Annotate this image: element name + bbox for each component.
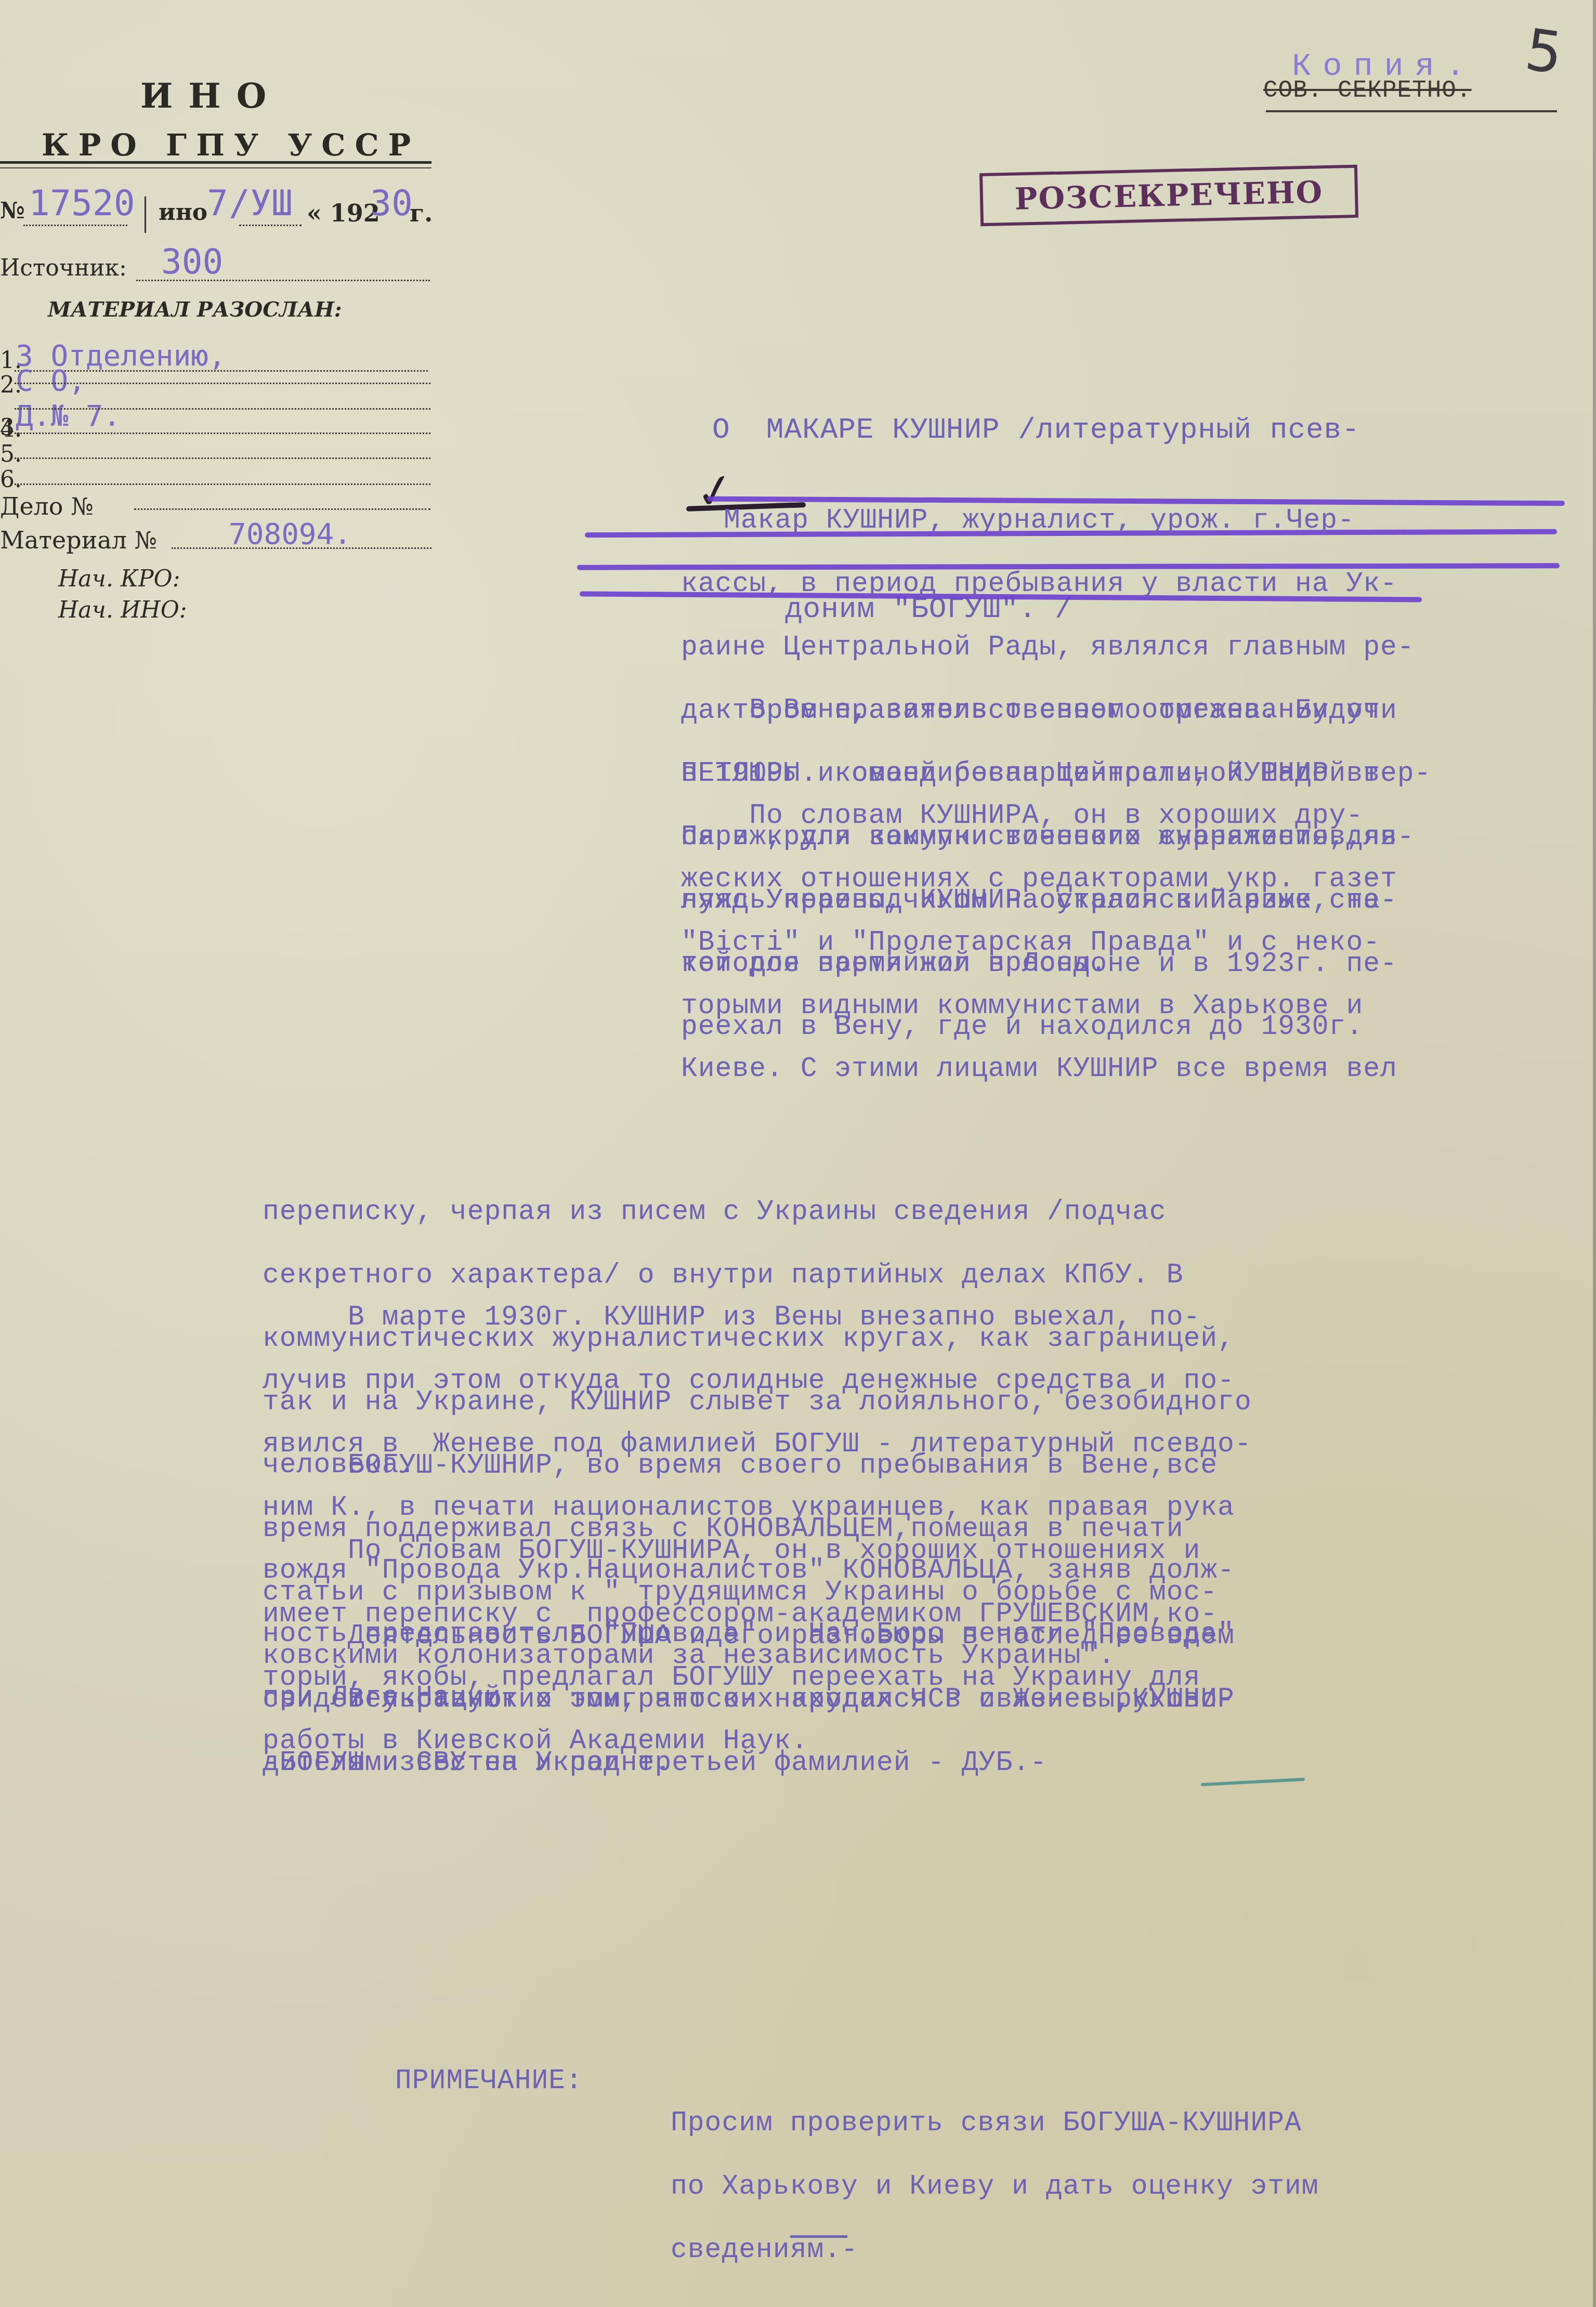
note-label: ПРИМЕЧАНИЕ:: [395, 2070, 583, 2092]
header-rule-thick: [0, 161, 431, 164]
page-edge: [1593, 0, 1596, 2307]
header-rule-thin: [0, 167, 431, 168]
date-month: /УШ: [229, 183, 293, 224]
org-line-2: КРО ГПУ УССР: [42, 127, 420, 163]
paragraph-8: В украинских эмигрантских кругах ЧСР и Ж…: [263, 1647, 1235, 1794]
p8-line: В украинских эмигрантских кругах ЧСР и Ж…: [263, 1689, 1235, 1710]
note-line: по Харькову и Киеву и дать оценку этим: [671, 2176, 1319, 2197]
dist-index-4: 4.: [0, 416, 22, 442]
dist-line-6: [15, 483, 430, 485]
source-label: Источник:: [0, 255, 127, 281]
note-text: Просим проверить связи БОГУША-КУШНИРА по…: [671, 2070, 1319, 2282]
number-label: №: [0, 198, 25, 224]
material-dotline: [172, 547, 431, 549]
case-dotline: [134, 508, 430, 510]
dist-value-3: Д.№ 7.: [16, 399, 121, 433]
dist-value-2: С О,: [16, 364, 86, 398]
date-dotline: [239, 225, 302, 226]
year-prefix: « 192: [307, 199, 380, 227]
note-line: сведениям.-: [671, 2239, 1319, 2261]
p3-line: "Вiстi" и "Пролетарская Правда" и с неко…: [681, 932, 1397, 953]
dist-line-4: [15, 432, 430, 434]
number-dotline: [23, 225, 127, 226]
p3-line: торыми видными коммунистами в Харькове и: [681, 995, 1397, 1017]
p3-line: жеских отношениях с редакторами укр. газ…: [681, 869, 1397, 890]
material-label: Материал №: [0, 526, 157, 554]
p6-line: По словам БОГУШ-КУШНИРА, он в хороших от…: [263, 1540, 1218, 1562]
p7-line: Деятельность БОГУША и его разговоры в по…: [263, 1626, 1235, 1647]
ino-label: ино: [159, 199, 207, 226]
year-suffix: 30: [370, 183, 413, 224]
source-value: 300: [161, 242, 223, 282]
note-line: Просим проверить связи БОГУША-КУШНИРА: [671, 2113, 1319, 2134]
divider: [145, 196, 146, 233]
number-value: 17520: [29, 183, 135, 224]
p2-line: В Вене, заявив о своем отмежевании от: [681, 700, 1431, 721]
head-ino-label: Нач. ИНО:: [58, 597, 187, 623]
header-form: ИНО КРО ГПУ УССР № 17520 ино 7 /УШ « 192…: [0, 0, 437, 832]
dist-index-6: 6.: [0, 466, 22, 493]
p1-line: раине Центральной Рады, являлся главным …: [681, 637, 1415, 658]
dist-line-5: [15, 457, 430, 459]
p1-line: Макар КУШНИР, журналист, урож. г.Чер-: [681, 510, 1415, 531]
p3w-line: переписку, черпая из писем с Украины све…: [263, 1201, 1252, 1223]
dist-line-3: [15, 408, 430, 410]
p1-line: кассы, в период пребывания у власти на У…: [681, 573, 1415, 595]
declassified-stamp: РОЗСЕКРЕЧЕНО: [979, 165, 1358, 226]
dist-line-2: [15, 383, 430, 384]
sent-to-label: МАТЕРИАЛ РАЗОСЛАН:: [48, 297, 342, 322]
p5-line: БОГУШ-КУШНИР, во время своего пребывания…: [263, 1455, 1218, 1476]
stamp-text: РОЗСЕКРЕЧЕНО: [1014, 174, 1324, 216]
paragraph-3-narrow: По словам КУШНИРА, он в хороших дру- жес…: [681, 763, 1397, 1101]
case-label: Дело №: [0, 492, 94, 520]
p3-line: По словам КУШНИРА, он в хороших дру-: [681, 805, 1397, 827]
p4-line: В марте 1930г. КУШНИР из Вены внезапно в…: [263, 1307, 1252, 1328]
secrecy-label: СОВ. СЕКРЕТНО.: [1263, 77, 1471, 104]
dist-index-5: 5.: [0, 441, 22, 467]
p3-line: Киеве. С этими лицами КУШНИР все время в…: [681, 1058, 1397, 1080]
org-line-1: ИНО: [140, 75, 282, 116]
material-value: 708094.: [229, 517, 351, 551]
source-dotline: [136, 280, 430, 281]
year-unit: г.: [410, 199, 433, 227]
head-kro-label: Нач. КРО:: [58, 566, 180, 592]
end-rule: [790, 2235, 847, 2238]
title-line-1: О МАКАРЕ КУШНИР /литературный псев-: [712, 400, 1360, 460]
p4-line: лучив при этом откуда то солидные денежн…: [263, 1370, 1252, 1392]
secrecy-underline: [1266, 110, 1557, 112]
p8-line: -БОГУШ известен и под третьей фамилией -…: [263, 1752, 1235, 1774]
date-day: 7: [207, 183, 228, 224]
